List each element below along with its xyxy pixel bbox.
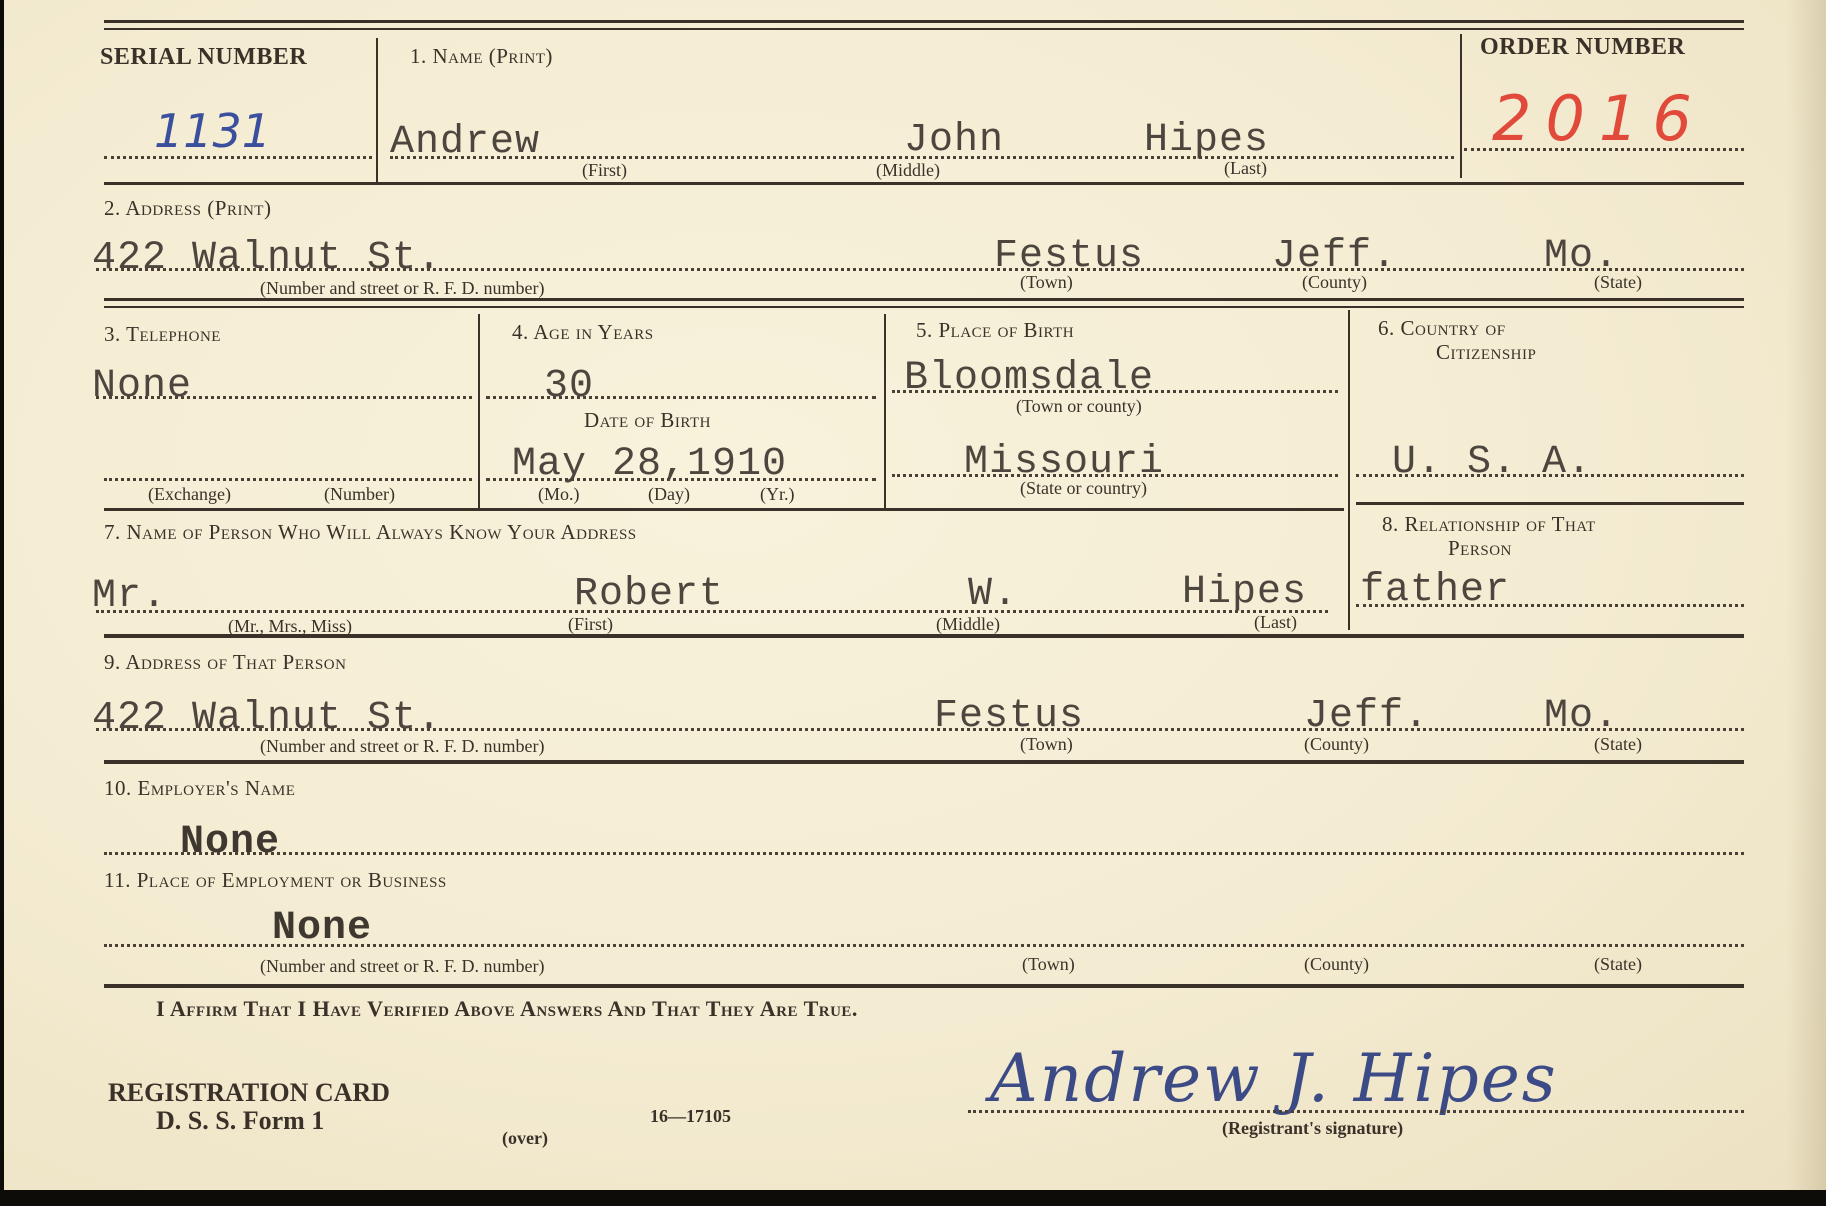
order-number-label: ORDER NUMBER	[1480, 34, 1685, 61]
order-divider	[1460, 34, 1462, 178]
birthplace-town: Bloomsdale	[904, 356, 1154, 401]
telephone-dotted-line-2	[104, 478, 472, 481]
contact-first-caption: (First)	[568, 614, 613, 635]
row1-rule	[104, 182, 1744, 185]
form-title: REGISTRATION CARD	[108, 1078, 390, 1108]
dob-dotted-line	[486, 478, 876, 481]
serial-number-label: SERIAL NUMBER	[100, 44, 307, 71]
employment-place-dotted-line	[104, 944, 1744, 947]
relationship-label-line1: 8. Relationship of That	[1382, 512, 1596, 537]
contact-last-caption: (Last)	[1254, 612, 1297, 633]
telephone-value: None	[92, 364, 192, 409]
top-rule-2	[104, 28, 1744, 30]
order-number-value: 2016	[1492, 82, 1706, 155]
contact-dotted-line	[96, 610, 1328, 613]
age-dotted-line	[486, 396, 876, 399]
registrant-signature: Andrew J. Hipes	[990, 1040, 1558, 1117]
registration-card: SERIAL NUMBER 1131 1. Name (Print) Andre…	[4, 0, 1826, 1190]
name-dotted-line	[390, 156, 1454, 159]
contact-middle-caption: (Middle)	[936, 614, 1000, 635]
over-note: (over)	[502, 1128, 548, 1149]
address-label: 2. Address (Print)	[104, 196, 271, 221]
citizenship-label-line1: 6. Country of	[1378, 316, 1506, 341]
row3-rule-right	[1356, 502, 1744, 505]
address-town-caption: (Town)	[1020, 272, 1073, 293]
employment-place-state-caption: (State)	[1594, 954, 1642, 975]
employment-place-county-caption: (County)	[1304, 954, 1369, 975]
contact-address-county: Jeff.	[1304, 694, 1429, 739]
employer-label: 10. Employer's Name	[104, 776, 295, 801]
contact-address-street-caption: (Number and street or R. F. D. number)	[260, 736, 545, 757]
birthplace-state-caption: (State or country)	[1020, 478, 1147, 499]
address-state-caption: (State)	[1594, 272, 1642, 293]
order-dotted-line	[1464, 148, 1744, 151]
telephone-label: 3. Telephone	[104, 322, 221, 347]
employer-value: None	[180, 820, 280, 865]
affirmation-text: I Affirm That I Have Verified Above Answ…	[156, 996, 858, 1022]
age-value: 30	[544, 364, 594, 409]
serial-divider	[376, 38, 378, 182]
row7-rule	[104, 984, 1744, 988]
serial-dotted-line	[104, 156, 372, 159]
contact-address-town-caption: (Town)	[1020, 734, 1073, 755]
age-divider	[884, 314, 886, 508]
contact-last: Hipes	[1182, 570, 1307, 615]
contact-address-street: 422 Walnut St.	[92, 696, 442, 741]
employment-place-town-caption: (Town)	[1022, 954, 1075, 975]
form-id: D. S. S. Form 1	[156, 1106, 324, 1136]
age-label: 4. Age in Years	[512, 320, 654, 345]
top-rule	[104, 20, 1744, 23]
name-middle-caption: (Middle)	[876, 160, 940, 181]
address-dotted-line	[96, 268, 1744, 271]
signature-caption: (Registrant's signature)	[1222, 1118, 1403, 1139]
citizenship-dotted-line	[1356, 474, 1744, 477]
address-county-caption: (County)	[1302, 272, 1367, 293]
contact-address-county-caption: (County)	[1304, 734, 1369, 755]
card-edge-shadow	[1786, 0, 1826, 1190]
citizenship-label-line2: Citizenship	[1436, 340, 1536, 365]
dob-month-caption: (Mo.)	[538, 484, 580, 505]
telephone-exchange-caption: (Exchange)	[148, 484, 231, 505]
contact-label: 7. Name of Person Who Will Always Know Y…	[104, 520, 637, 545]
row2-rule	[104, 298, 1744, 301]
print-code: 16—17105	[650, 1106, 731, 1127]
contact-address-dotted-line	[96, 728, 1744, 731]
telephone-number-caption: (Number)	[324, 484, 395, 505]
name-label: 1. Name (Print)	[410, 44, 553, 69]
address-street-caption: (Number and street or R. F. D. number)	[260, 278, 545, 299]
address-street: 422 Walnut St.	[92, 236, 442, 281]
dob-label: Date of Birth	[584, 408, 711, 433]
row4-rule	[104, 634, 1744, 638]
telephone-divider	[478, 314, 480, 510]
row3-rule	[104, 508, 1344, 511]
signature-dotted-line	[968, 1110, 1744, 1113]
birthplace-town-dotted-line	[892, 390, 1338, 393]
citizenship-value: U. S. A.	[1392, 440, 1592, 485]
birthplace-label: 5. Place of Birth	[916, 318, 1074, 343]
row2-rule-2	[104, 306, 1744, 308]
birthplace-town-caption: (Town or county)	[1016, 396, 1142, 417]
birthplace-state-dotted-line	[892, 474, 1338, 477]
birthplace-divider	[1348, 310, 1350, 630]
name-last-caption: (Last)	[1224, 158, 1267, 179]
serial-number-value: 1131	[154, 104, 271, 158]
contact-address-state-caption: (State)	[1594, 734, 1642, 755]
dob-day-caption: (Day)	[648, 484, 690, 505]
relationship-label-line2: Person	[1448, 536, 1512, 561]
employment-place-label: 11. Place of Employment or Business	[104, 868, 447, 893]
contact-address-state: Mo.	[1544, 694, 1619, 739]
contact-address-town: Festus	[934, 694, 1084, 739]
contact-address-label: 9. Address of That Person	[104, 650, 346, 675]
relationship-dotted-line	[1356, 604, 1744, 607]
employment-place-street-caption: (Number and street or R. F. D. number)	[260, 956, 545, 977]
telephone-dotted-line	[96, 396, 472, 399]
row5-rule	[104, 760, 1744, 764]
dob-year-caption: (Yr.)	[760, 484, 795, 505]
employer-dotted-line	[104, 852, 1744, 855]
name-first-caption: (First)	[582, 160, 627, 181]
